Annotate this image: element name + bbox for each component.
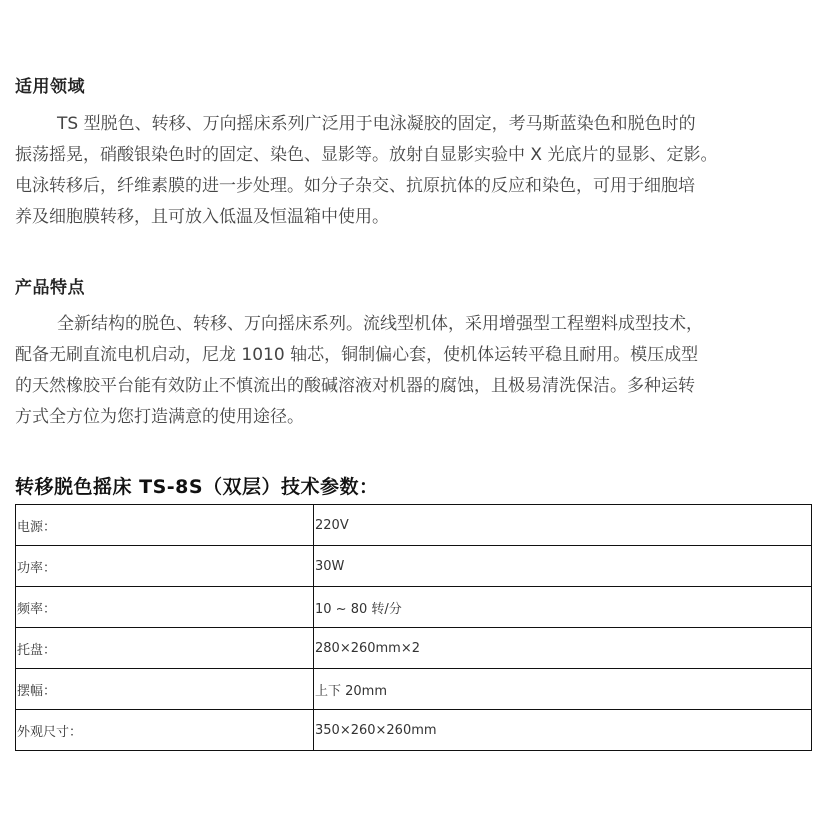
paragraph-line: 电泳转移后，纤维素膜的进一步处理。如分子杂交、抗原抗体的反应和染色，可用于细胞培 xyxy=(15,171,815,202)
spec-table-title: 转移脱色摇床 TS-8S（双层）技术参数： xyxy=(15,472,379,499)
features-paragraph: 全新结构的脱色、转移、万向摇床系列。流线型机体，采用增强型工程塑料成型技术， 配… xyxy=(15,309,815,433)
table-row: 功率： 30W xyxy=(16,546,812,587)
features-heading: 产品特点 xyxy=(15,273,85,298)
spec-label: 频率： xyxy=(16,587,314,628)
paragraph-line: 全新结构的脱色、转移、万向摇床系列。流线型机体，采用增强型工程塑料成型技术， xyxy=(15,309,815,340)
table-row: 电源： 220V xyxy=(16,505,812,546)
spec-label: 功率： xyxy=(16,546,314,587)
paragraph-line: 振荡摇晃，硝酸银染色时的固定、染色、显影等。放射自显影实验中 X 光底片的显影、… xyxy=(15,140,815,171)
application-paragraph: TS 型脱色、转移、万向摇床系列广泛用于电泳凝胶的固定，考马斯蓝染色和脱色时的 … xyxy=(15,109,815,233)
paragraph-line: 的天然橡胶平台能有效防止不慎流出的酸碱溶液对机器的腐蚀，且极易清洗保洁。多种运转 xyxy=(15,371,815,402)
paragraph-line: 方式全方位为您打造满意的使用途径。 xyxy=(15,402,815,433)
spec-value: 10 ~ 80 转/分 xyxy=(314,587,812,628)
table-row: 外观尺寸： 350×260×260mm xyxy=(16,710,812,751)
spec-label: 托盘： xyxy=(16,628,314,669)
paragraph-line: 养及细胞膜转移，且可放入低温及恒温箱中使用。 xyxy=(15,202,815,233)
spec-label: 外观尺寸： xyxy=(16,710,314,751)
spec-value: 280×260mm×2 xyxy=(314,628,812,669)
paragraph-line: 配备无刷直流电机启动，尼龙 1010 轴芯，铜制偏心套，使机体运转平稳且耐用。模… xyxy=(15,340,815,371)
paragraph-line: TS 型脱色、转移、万向摇床系列广泛用于电泳凝胶的固定，考马斯蓝染色和脱色时的 xyxy=(15,109,815,140)
table-row: 摆幅： 上下 20mm xyxy=(16,669,812,710)
spec-value: 上下 20mm xyxy=(314,669,812,710)
table-row: 频率： 10 ~ 80 转/分 xyxy=(16,587,812,628)
spec-value: 350×260×260mm xyxy=(314,710,812,751)
spec-label: 电源： xyxy=(16,505,314,546)
table-row: 托盘： 280×260mm×2 xyxy=(16,628,812,669)
spec-value: 30W xyxy=(314,546,812,587)
application-heading: 适用领域 xyxy=(15,72,85,97)
spec-value: 220V xyxy=(314,505,812,546)
spec-label: 摆幅： xyxy=(16,669,314,710)
spec-table: 电源： 220V 功率： 30W 频率： 10 ~ 80 转/分 托盘： 280… xyxy=(15,504,812,751)
